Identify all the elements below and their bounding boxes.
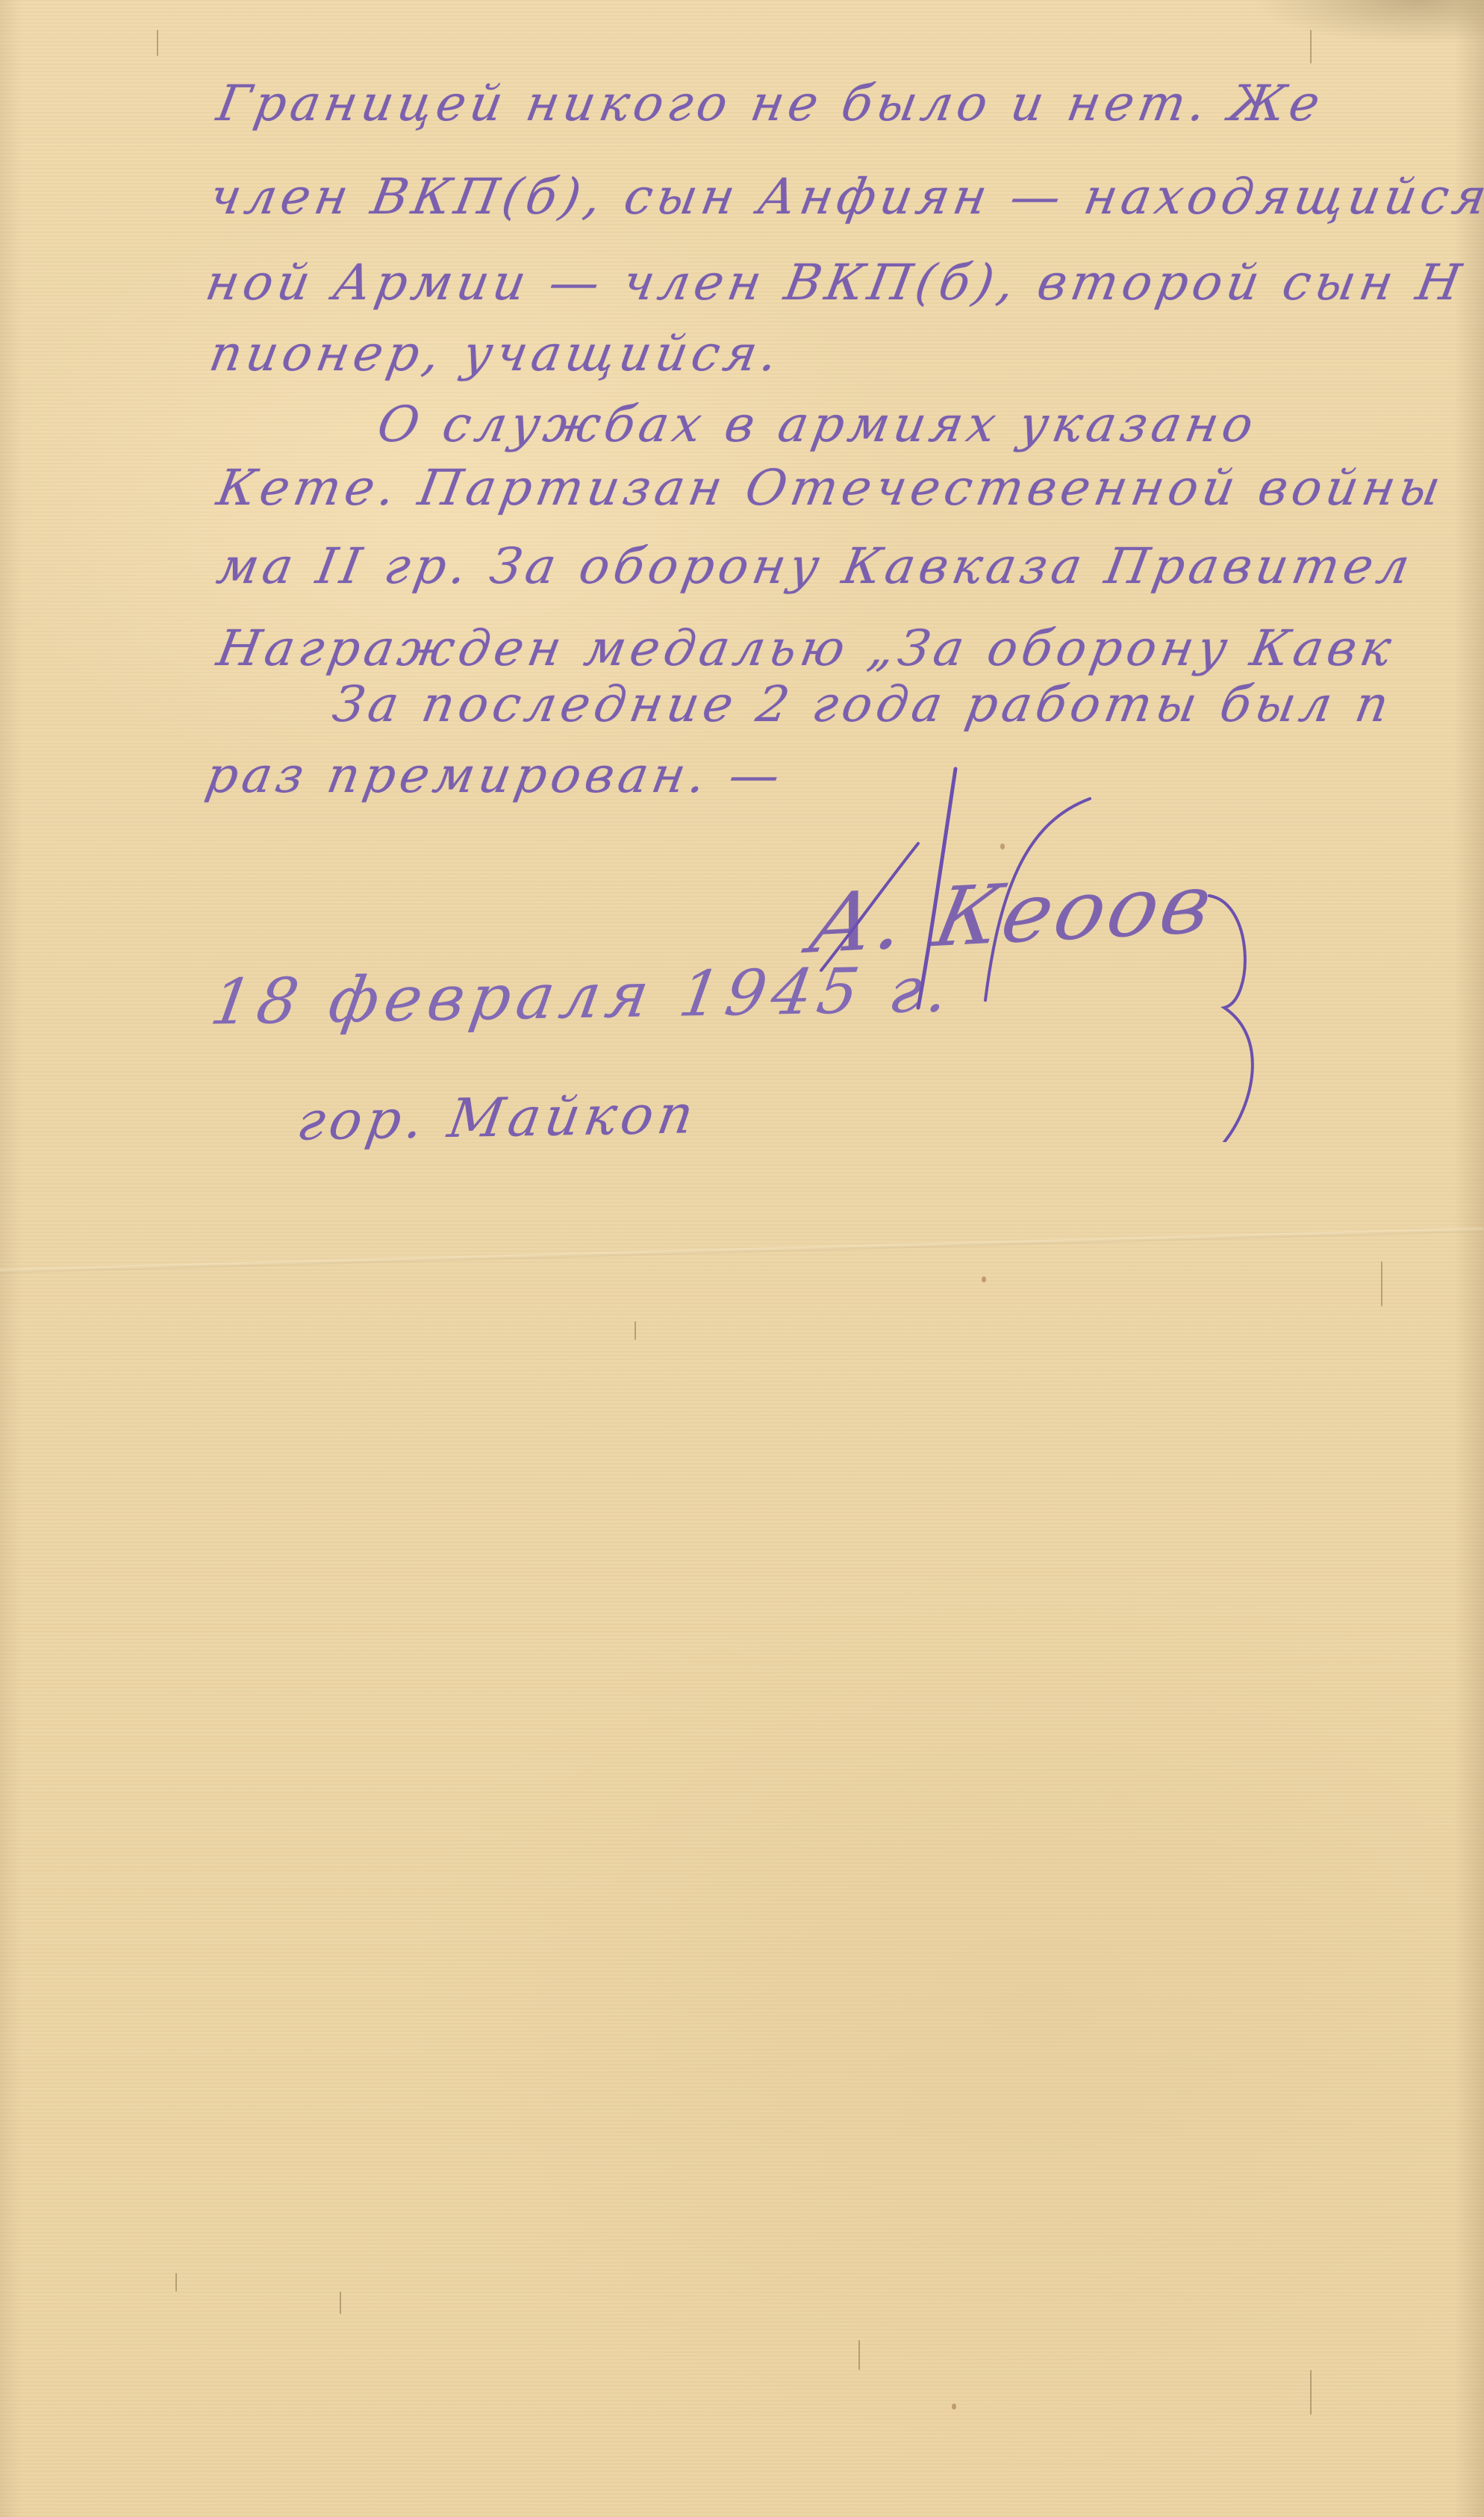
handwritten-line-8: Награжден медалью „За оборону Кавк: [213, 620, 1400, 677]
handwritten-line-2: член ВКП(б), сын Анфиян — находящийся: [205, 168, 1484, 225]
handwritten-line-10: раз премирован. —: [202, 746, 788, 804]
document-place: гор. Майкоп: [293, 1082, 702, 1152]
paper-fiber: [635, 1321, 636, 1340]
document-page: Границей никого не было и нет. Же член В…: [0, 0, 1484, 2517]
paper-fold-crease: [0, 1227, 1483, 1273]
paper-speck: [952, 2404, 956, 2410]
handwritten-line-4: пионер, учащийся.: [205, 325, 786, 382]
paper-fiber: [340, 2292, 341, 2314]
paper-speck: [982, 1276, 986, 1282]
paper-fiber: [175, 2273, 177, 2292]
handwritten-line-3: ной Армии — член ВКП(б), второй сын Н: [202, 254, 1470, 311]
handwritten-line-5: О службах в армиях указано: [373, 396, 1262, 453]
paper-fiber: [157, 30, 158, 56]
paper-fiber: [858, 2340, 860, 2370]
handwritten-line-1: Границей никого не было и нет. Же: [213, 75, 1329, 132]
paper-fiber: [1310, 2370, 1312, 2415]
paper-fiber: [1310, 30, 1312, 63]
handwritten-line-7: ма II гр. За оборону Кавказа Правител: [213, 537, 1418, 595]
paper-fiber: [1381, 1261, 1382, 1306]
document-date: 18 февраля 1945 г.: [206, 952, 960, 1038]
handwritten-line-6: Кете. Партизан Отечественной войны: [213, 459, 1449, 517]
paper-edge-left: [0, 0, 22, 2517]
handwritten-line-9: За последние 2 года работы был п: [328, 676, 1397, 733]
paper-edge-right: [1454, 0, 1484, 2517]
